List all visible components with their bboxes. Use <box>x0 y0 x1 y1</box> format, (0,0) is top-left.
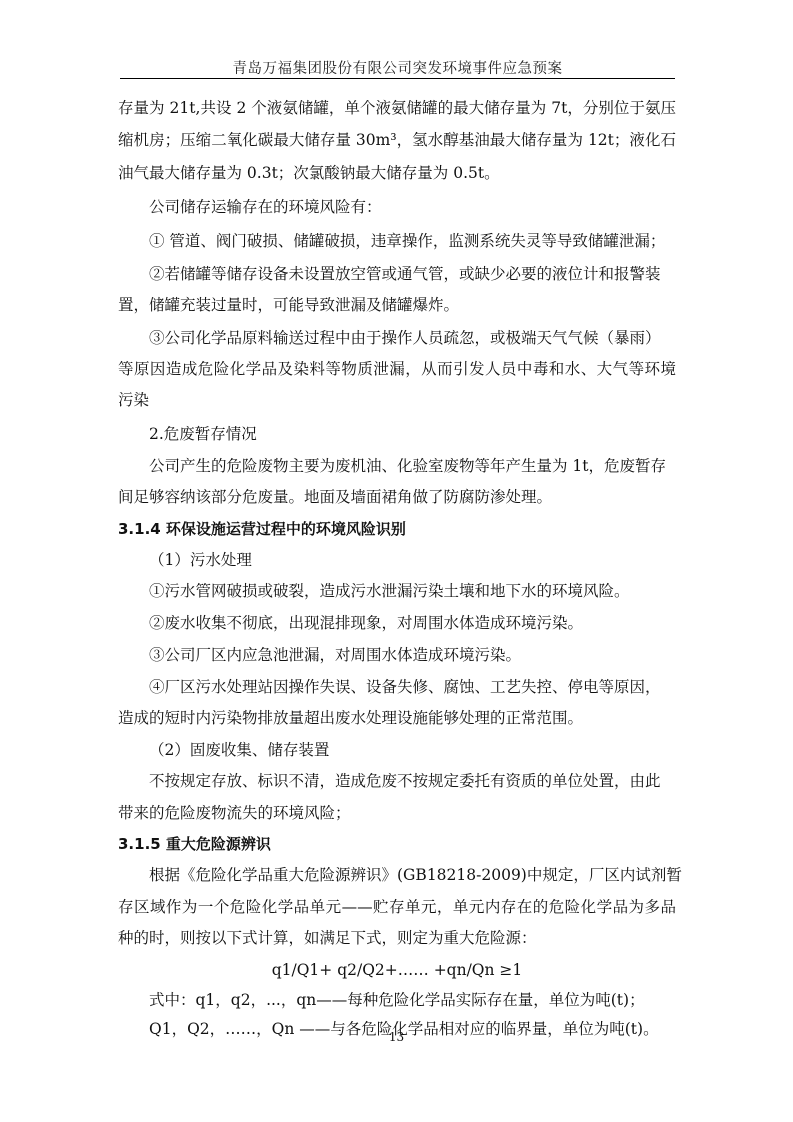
subsection-title: 2.危废暂存情况 <box>118 424 257 444</box>
header-divider <box>120 78 675 79</box>
formula: q1/Q1+ q2/Q2+…… +qn/Qn ≥1 <box>118 960 676 980</box>
paragraph-line: 缩机房；压缩二氧化碳最大储存量 30m³，氢水醇基油最大储存量为 12t；液化石 <box>118 130 676 150</box>
paragraph-intro: 公司储存运输存在的环境风险有： <box>118 197 382 217</box>
paragraph-line: 公司产生的危险废物主要为废机油、化验室废物等年产生量为 1t，危废暂存 <box>118 456 666 476</box>
paragraph-line: 不按规定存放、标识不清，造成危废不按规定委托有资质的单位处置，由此 <box>118 771 661 791</box>
page-number: 13 <box>0 1030 793 1044</box>
risk-item-2-cont: 置，储罐充装过量时，可能导致泄漏及储罐爆炸。 <box>118 295 459 315</box>
paragraph-line: 带来的危险废物流失的环境风险； <box>118 803 351 823</box>
point-4-cont: 造成的短时内污染物排放量超出废水处理设施能够处理的正常范围。 <box>118 708 583 728</box>
paragraph-line: 种的时，则按以下式计算，如满足下式，则定为重大危险源： <box>118 928 537 948</box>
risk-item-3: ③公司化学品原料输送过程中由于操作人员疏忽，或极端天气气候（暴雨） <box>118 328 661 348</box>
point-3: ③公司厂区内应急池泄漏，对周围水体造成环境污染。 <box>118 645 521 665</box>
point-4: ④厂区污水处理站因操作失误、设备失修、腐蚀、工艺失控、停电等原因， <box>118 677 661 697</box>
item-title: （2）固废收集、储存装置 <box>118 740 329 760</box>
risk-item-3-cont: 等原因造成危险化学品及染料等物质泄漏，从而引发人员中毒和水、大气等环境 <box>118 359 676 379</box>
paragraph-line: 根据《危险化学品重大危险源辨识》(GB18218-2009)中规定，厂区内试剂暂 <box>118 865 682 885</box>
paragraph-line: 存量为 21t,共设 2 个液氨储罐，单个液氨储罐的最大储存量为 7t，分别位于… <box>118 98 676 118</box>
formula-definition: 式中：q1，q2，...，qn——每种危险化学品实际存在量，单位为吨(t)； <box>118 990 645 1010</box>
section-heading-3-1-5: 3.1.5 重大危险源辨识 <box>118 834 271 854</box>
paragraph-line: 油气最大储存量为 0.3t；次氯酸钠最大储存量为 0.5t。 <box>118 163 500 183</box>
paragraph-line: 存区域作为一个危险化学品单元——贮存单元，单元内存在的危险化学品为多品 <box>118 897 676 917</box>
paragraph-line: 间足够容纳该部分危废量。地面及墙面裙角做了防腐防渗处理。 <box>118 487 552 507</box>
risk-item-2: ②若储罐等储存设备未设置放空管或通气管，或缺少必要的液位计和报警装 <box>118 264 661 284</box>
risk-item-1: ① 管道、阀门破损、储罐破损，违章操作，监测系统失灵等导致储罐泄漏； <box>118 231 665 251</box>
document-header: 青岛万福集团股份有限公司突发环境事件应急预案 <box>120 57 675 78</box>
point-1: ①污水管网破损或破裂，造成污水泄漏污染土壤和地下水的环境风险。 <box>118 581 630 601</box>
risk-item-3-cont: 污染 <box>118 390 149 410</box>
item-title: （1）污水处理 <box>118 550 252 570</box>
point-2: ②废水收集不彻底，出现混排现象，对周围水体造成环境污染。 <box>118 613 583 633</box>
section-heading-3-1-4: 3.1.4 环保设施运营过程中的环境风险识别 <box>118 519 406 539</box>
